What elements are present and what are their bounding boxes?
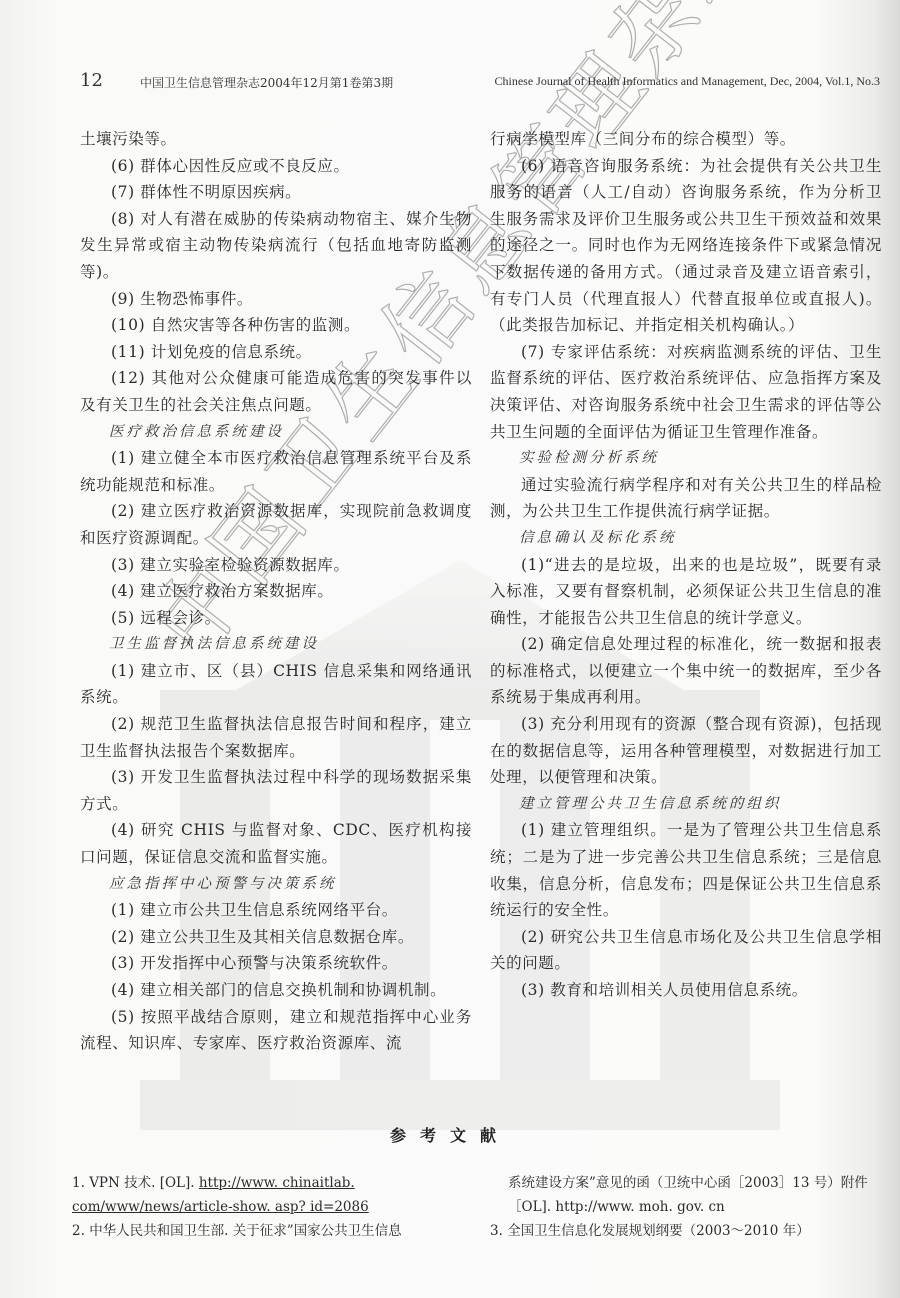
- body-paragraph: (11) 计划免疫的信息系统。: [80, 339, 472, 366]
- body-paragraph: (2) 规范卫生监督执法信息报告时间和程序，建立卫生监督执法报告个案数据库。: [80, 711, 472, 764]
- journal-title-en: Chinese Journal of Health Informatics an…: [495, 74, 880, 89]
- reference-item: 3. 全国卫生信息化发展规划纲要（2003～2010 年）: [490, 1219, 890, 1243]
- reference-item: 1. VPN 技术. [OL]. http://www. chinaitlab.…: [72, 1171, 472, 1219]
- body-paragraph: (8) 对人有潜在威胁的传染病动物宿主、媒介生物发生异常或宿主动物传染病流行（包…: [80, 206, 472, 286]
- section-heading: 建立管理公共卫生信息系统的组织: [490, 791, 882, 818]
- page-number: 12: [80, 70, 103, 91]
- body-paragraph: 通过实验流行病学程序和对有关公共卫生的样品检测，为公共卫生工作提供流行病学证据。: [490, 472, 882, 525]
- running-header: 12 中国卫生信息管理杂志2004年12月第1卷第3期 Chinese Jour…: [80, 70, 880, 94]
- body-paragraph: (7) 专家评估系统：对疾病监测系统的评估、卫生监督系统的评估、医疗救治系统评估…: [490, 339, 882, 445]
- body-paragraph: 土壤污染等。: [80, 126, 472, 153]
- section-heading: 卫生监督执法信息系统建设: [80, 631, 472, 658]
- body-paragraph: (1)“进去的是垃圾，出来的也是垃圾”，既要有录入标准，又要有督察机制，必须保证…: [490, 552, 882, 632]
- body-paragraph: (2) 确定信息处理过程的标准化，统一数据和报表的标准格式，以便建立一个集中统一…: [490, 631, 882, 711]
- journal-title-cn: 中国卫生信息管理杂志2004年12月第1卷第3期: [140, 74, 393, 91]
- body-paragraph: (5) 按照平战结合原则，建立和规范指挥中心业务流程、知识库、专家库、医疗救治资…: [80, 1004, 472, 1057]
- right-column: 行病学模型库（三间分布的综合模型）等。(6) 语音咨询服务系统：为社会提供有关公…: [490, 126, 882, 1004]
- references-right: 系统建设方案”意见的函（卫统中心函［2003］13 号）附件［OL]. http…: [490, 1171, 890, 1243]
- body-paragraph: (2) 建立公共卫生及其相关信息数据仓库。: [80, 924, 472, 951]
- body-paragraph: (4) 建立相关部门的信息交换机制和协调机制。: [80, 977, 472, 1004]
- body-paragraph: (6) 群体心因性反应或不良反应。: [80, 153, 472, 180]
- section-heading: 医疗救治信息系统建设: [80, 419, 472, 446]
- body-paragraph: (10) 自然灾害等各种伤害的监测。: [80, 312, 472, 339]
- body-paragraph: (3) 教育和培训相关人员使用信息系统。: [490, 977, 882, 1004]
- body-paragraph: (7) 群体性不明原因疾病。: [80, 179, 472, 206]
- reference-item: 2. 中华人民共和国卫生部. 关于征求”国家公共卫生信息: [72, 1219, 472, 1243]
- body-paragraph: (6) 语音咨询服务系统：为社会提供有关公共卫生服务的语音（人工/自动）咨询服务…: [490, 153, 882, 339]
- section-heading: 信息确认及标化系统: [490, 525, 882, 552]
- journal-page: 中国卫生信息管理杂志 12 中国卫生信息管理杂志2004年12月第1卷第3期 C…: [0, 0, 900, 1298]
- body-paragraph: (3) 充分利用现有的资源（整合现有资源)，包括现在的数据信息等，运用各种管理模…: [490, 711, 882, 791]
- body-paragraph: (1) 建立健全本市医疗救治信息管理系统平台及系统功能规范和标准。: [80, 445, 472, 498]
- body-paragraph: (3) 建立实验室检验资源数据库。: [80, 552, 472, 579]
- left-column: 土壤污染等。(6) 群体心因性反应或不良反应。(7) 群体性不明原因疾病。(8)…: [80, 126, 472, 1057]
- body-paragraph: (1) 建立市、区（县）CHIS 信息采集和网络通讯系统。: [80, 658, 472, 711]
- body-paragraph: 行病学模型库（三间分布的综合模型）等。: [490, 126, 882, 153]
- references-title: 参考文献: [0, 1123, 900, 1146]
- body-paragraph: (1) 建立管理组织。一是为了管理公共卫生信息系统；二是为了进一步完善公共卫生信…: [490, 817, 882, 923]
- body-paragraph: (3) 开发卫生监督执法过程中科学的现场数据采集方式。: [80, 764, 472, 817]
- body-paragraph: (12) 其他对公众健康可能造成危害的突发事件以及有关卫生的社会关注焦点问题。: [80, 365, 472, 418]
- references-left: 1. VPN 技术. [OL]. http://www. chinaitlab.…: [72, 1171, 472, 1243]
- body-paragraph: (4) 研究 CHIS 与监督对象、CDC、医疗机构接口问题，保证信息交流和监督…: [80, 817, 472, 870]
- body-paragraph: (2) 建立医疗救治资源数据库，实现院前急救调度和医疗资源调配。: [80, 498, 472, 551]
- section-heading: 实验检测分析系统: [490, 445, 882, 472]
- body-paragraph: (9) 生物恐怖事件。: [80, 286, 472, 313]
- body-paragraph: (5) 远程会诊。: [80, 605, 472, 632]
- body-paragraph: (4) 建立医疗救治方案数据库。: [80, 578, 472, 605]
- body-paragraph: (2) 研究公共卫生信息市场化及公共卫生信息学相关的问题。: [490, 924, 882, 977]
- body-paragraph: (1) 建立市公共卫生信息系统网络平台。: [80, 897, 472, 924]
- section-heading: 应急指挥中心预警与决策系统: [80, 871, 472, 898]
- body-paragraph: (3) 开发指挥中心预警与决策系统软件。: [80, 950, 472, 977]
- reference-item-continued: 系统建设方案”意见的函（卫统中心函［2003］13 号）附件［OL]. http…: [490, 1171, 890, 1219]
